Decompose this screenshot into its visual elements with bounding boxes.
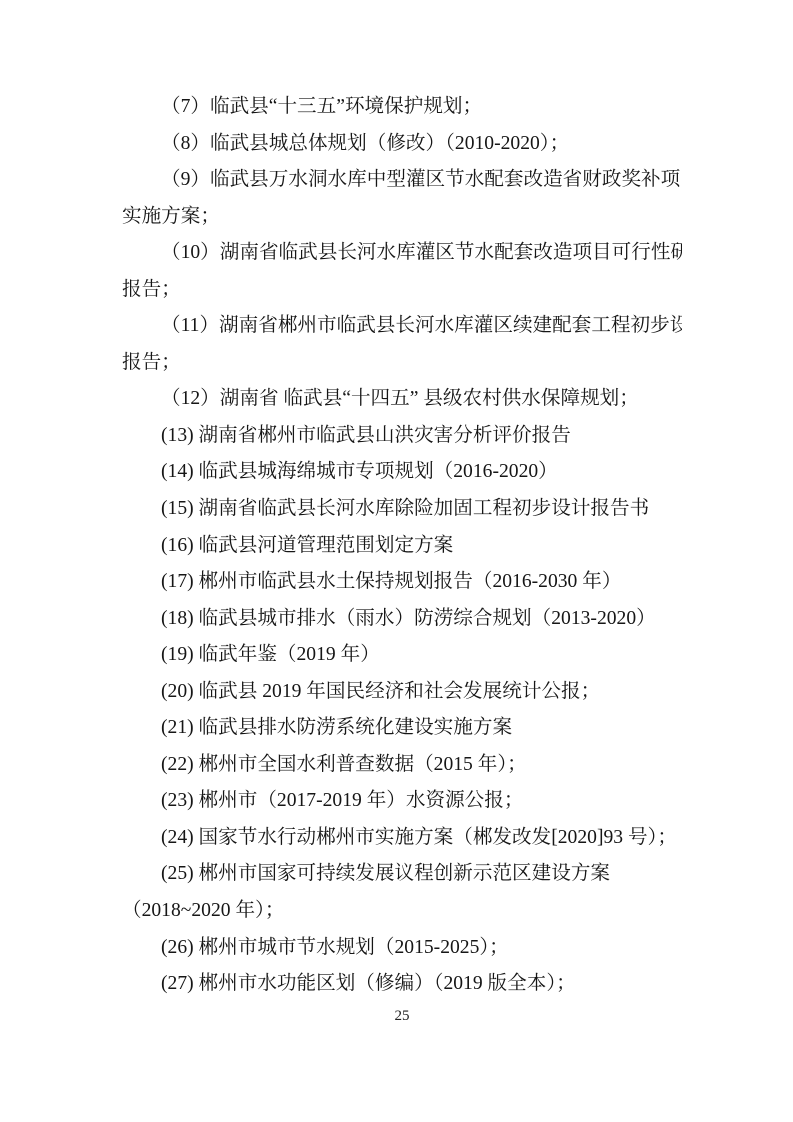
- reference-line: (25) 郴州市国家可持续发展议程创新示范区建设方案: [122, 856, 682, 893]
- reference-item-13: (13) 湖南省郴州市临武县山洪灾害分析评价报告: [122, 418, 682, 455]
- reference-item-8: （8）临武县城总体规划（修改）（2010-2020）；: [122, 126, 682, 163]
- page-number: 25: [122, 1006, 682, 1026]
- reference-item-15: (15) 湖南省临武县长河水库除险加固工程初步设计报告书: [122, 491, 682, 528]
- reference-item-27: (27) 郴州市水功能区划（修编）（2019 版全本）；: [122, 966, 682, 1003]
- reference-line-continuation: 报告；: [122, 272, 682, 309]
- reference-item-11: （11）湖南省郴州市临武县长河水库灌区续建配套工程初步设计报告；: [122, 308, 682, 381]
- reference-item-20: (20) 临武县 2019 年国民经济和社会发展统计公报；: [122, 674, 682, 711]
- reference-item-10: （10）湖南省临武县长河水库灌区节水配套改造项目可行性研究报告；: [122, 235, 682, 308]
- reference-line: （10）湖南省临武县长河水库灌区节水配套改造项目可行性研究: [122, 235, 682, 272]
- reference-line: (15) 湖南省临武县长河水库除险加固工程初步设计报告书: [122, 491, 682, 528]
- reference-item-22: (22) 郴州市全国水利普查数据（2015 年）；: [122, 747, 682, 784]
- reference-line: (16) 临武县河道管理范围划定方案: [122, 528, 682, 565]
- reference-line: (17) 郴州市临武县水土保持规划报告（2016-2030 年）: [122, 564, 682, 601]
- reference-line: (21) 临武县排水防涝系统化建设实施方案: [122, 710, 682, 747]
- document-page: （7）临武县“十三五”环境保护规划；（8）临武县城总体规划（修改）（2010-2…: [0, 0, 793, 1122]
- reference-line: （12）湖南省 临武县“十四五” 县级农村供水保障规划；: [122, 381, 682, 418]
- reference-list: （7）临武县“十三五”环境保护规划；（8）临武县城总体规划（修改）（2010-2…: [122, 89, 682, 1003]
- reference-item-9: （9）临武县万水洞水库中型灌区节水配套改造省财政奖补项目实施方案；: [122, 162, 682, 235]
- reference-line: (26) 郴州市城市节水规划（2015-2025）；: [122, 930, 682, 967]
- reference-item-26: (26) 郴州市城市节水规划（2015-2025）；: [122, 930, 682, 967]
- reference-line-continuation: 报告；: [122, 345, 682, 382]
- reference-line: (13) 湖南省郴州市临武县山洪灾害分析评价报告: [122, 418, 682, 455]
- reference-line: (20) 临武县 2019 年国民经济和社会发展统计公报；: [122, 674, 682, 711]
- reference-item-21: (21) 临武县排水防涝系统化建设实施方案: [122, 710, 682, 747]
- reference-item-18: (18) 临武县城市排水（雨水）防涝综合规划（2013-2020）: [122, 601, 682, 638]
- reference-item-23: (23) 郴州市（2017-2019 年）水资源公报；: [122, 783, 682, 820]
- reference-item-12: （12）湖南省 临武县“十四五” 县级农村供水保障规划；: [122, 381, 682, 418]
- reference-item-25: (25) 郴州市国家可持续发展议程创新示范区建设方案（2018~2020 年）；: [122, 856, 682, 929]
- reference-line: (19) 临武年鉴（2019 年）: [122, 637, 682, 674]
- reference-line: （9）临武县万水洞水库中型灌区节水配套改造省财政奖补项目: [122, 162, 682, 199]
- reference-line: （11）湖南省郴州市临武县长河水库灌区续建配套工程初步设计: [122, 308, 682, 345]
- reference-line: （8）临武县城总体规划（修改）（2010-2020）；: [122, 126, 682, 163]
- reference-line: (22) 郴州市全国水利普查数据（2015 年）；: [122, 747, 682, 784]
- reference-item-24: (24) 国家节水行动郴州市实施方案（郴发改发[2020]93 号）；: [122, 820, 682, 857]
- reference-line: (27) 郴州市水功能区划（修编）（2019 版全本）；: [122, 966, 682, 1003]
- reference-item-14: (14) 临武县城海绵城市专项规划（2016-2020）: [122, 454, 682, 491]
- reference-item-7: （7）临武县“十三五”环境保护规划；: [122, 89, 682, 126]
- reference-line: （7）临武县“十三五”环境保护规划；: [122, 89, 682, 126]
- reference-line: (23) 郴州市（2017-2019 年）水资源公报；: [122, 783, 682, 820]
- reference-line-continuation: 实施方案；: [122, 199, 682, 236]
- reference-line: (14) 临武县城海绵城市专项规划（2016-2020）: [122, 454, 682, 491]
- reference-line: (24) 国家节水行动郴州市实施方案（郴发改发[2020]93 号）；: [122, 820, 682, 857]
- reference-line-continuation: （2018~2020 年）；: [122, 893, 682, 930]
- reference-line: (18) 临武县城市排水（雨水）防涝综合规划（2013-2020）: [122, 601, 682, 638]
- reference-item-17: (17) 郴州市临武县水土保持规划报告（2016-2030 年）: [122, 564, 682, 601]
- reference-item-19: (19) 临武年鉴（2019 年）: [122, 637, 682, 674]
- reference-item-16: (16) 临武县河道管理范围划定方案: [122, 528, 682, 565]
